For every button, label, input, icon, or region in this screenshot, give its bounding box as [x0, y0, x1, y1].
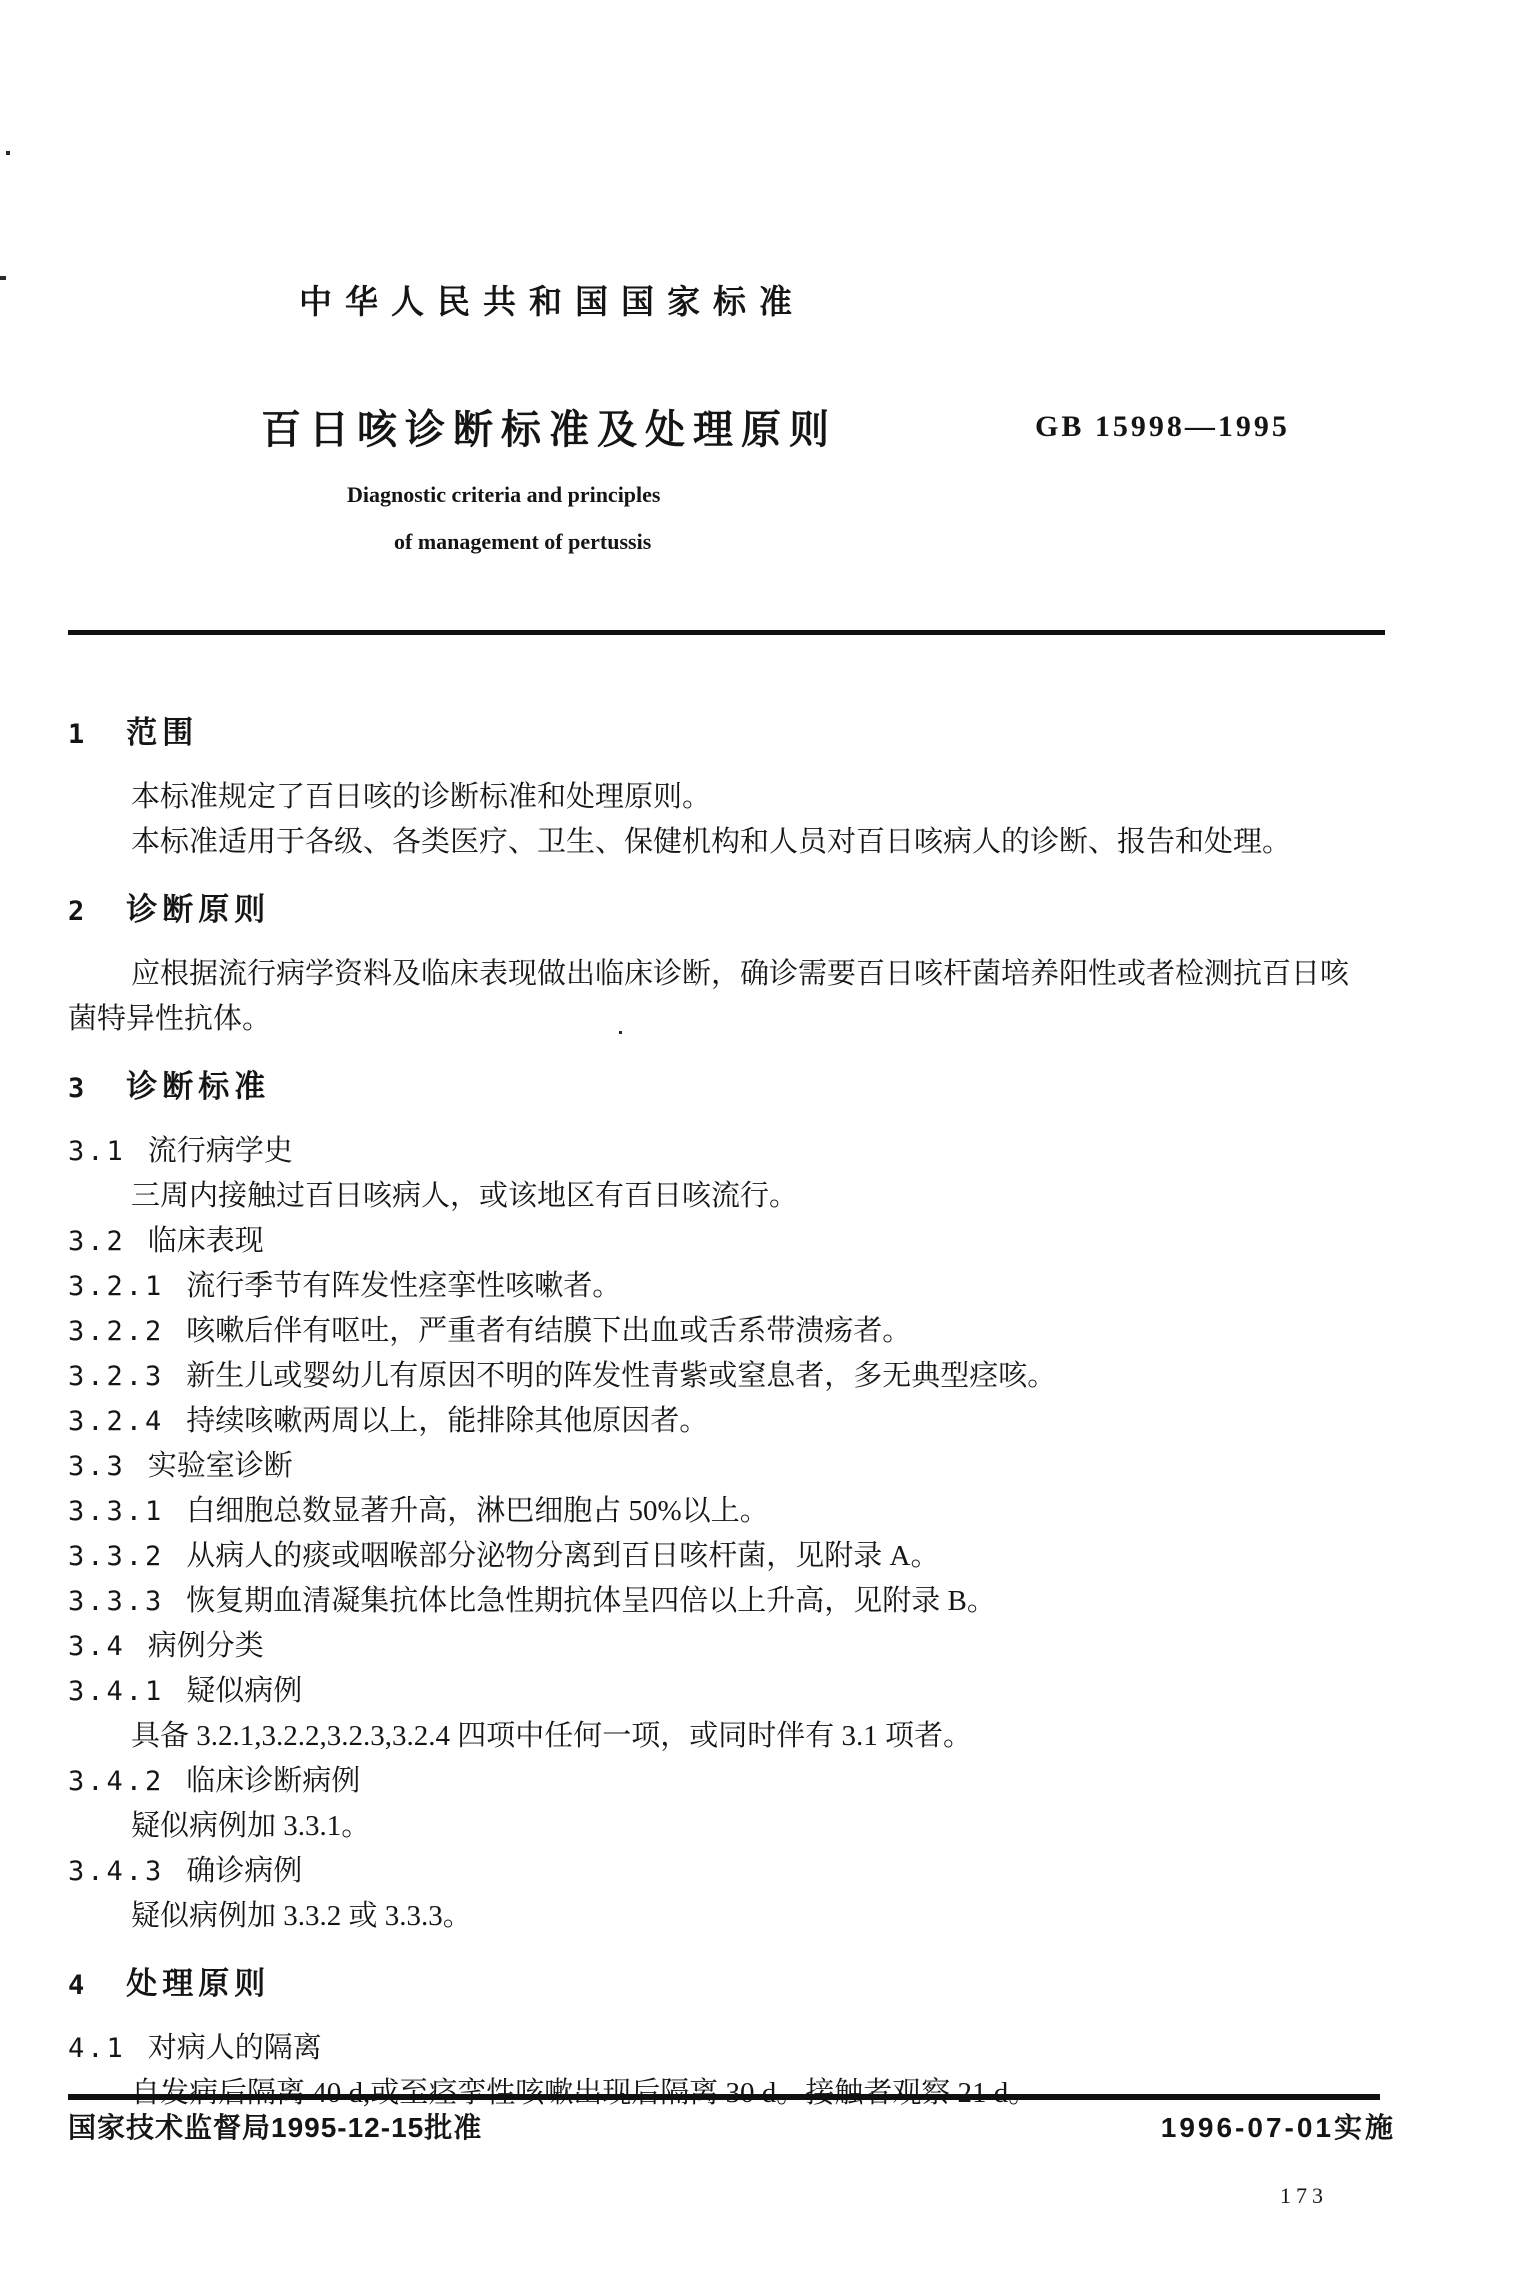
line-text: 新生儿或婴幼儿有原因不明的阵发性青紫或窒息者，多无典型痉咳。	[186, 1360, 1056, 1392]
clause-number: 3.2.2	[68, 1309, 164, 1354]
paragraph-line: 本标准适用于各级、各类医疗、卫生、保健机构和人员对百日咳病人的诊断、报告和处理。	[68, 820, 1498, 865]
line-text: 应根据流行病学资料及临床表现做出临床诊断，确诊需要百日咳杆菌培养阳性或者检测抗百…	[131, 958, 1349, 990]
footer-divider-rule	[68, 2094, 1380, 2100]
line-text: 从病人的痰或咽喉部分泌物分离到百日咳杆菌，见附录 A。	[186, 1540, 939, 1572]
clause-number: 3.3	[68, 1444, 126, 1489]
scan-speck	[0, 276, 6, 280]
clause-number: 3.3.2	[68, 1534, 164, 1579]
line-text: 咳嗽后伴有呕吐，严重者有结膜下出血或舌系带溃疡者。	[186, 1315, 911, 1347]
chapter-heading: 2诊断原则	[68, 887, 1498, 932]
line-text: 流行季节有阵发性痉挛性咳嗽者。	[186, 1270, 621, 1302]
standard-title-english-line2: of management of pertussis	[394, 529, 651, 555]
clause-number: 3.1	[68, 1129, 126, 1174]
chapter-heading: 1范围	[68, 710, 1498, 755]
clause-heading: 3.2.4持续咳嗽两周以上，能排除其他原因者。	[68, 1399, 1498, 1444]
clause-heading: 3.4.3确诊病例	[68, 1849, 1498, 1894]
clause-number: 2	[68, 889, 84, 934]
paragraph-line: 疑似病例加 3.3.2 或 3.3.3。	[68, 1894, 1498, 1939]
clause-number: 3.4.1	[68, 1669, 164, 1714]
clause-number: 3.3.3	[68, 1579, 164, 1624]
clause-number: 3.2.4	[68, 1399, 164, 1444]
clause-heading: 3.4病例分类	[68, 1624, 1498, 1669]
line-text: 病例分类	[148, 1630, 264, 1662]
clause-heading: 3.2.3新生儿或婴幼儿有原因不明的阵发性青紫或窒息者，多无典型痉咳。	[68, 1354, 1498, 1399]
line-text: 范围	[126, 715, 198, 750]
clause-heading: 4.1对病人的隔离	[68, 2026, 1498, 2071]
line-text: 菌特异性抗体。	[68, 1003, 271, 1035]
line-text: 白细胞总数显著升高，淋巴细胞占 50%以上。	[186, 1495, 768, 1527]
clause-heading: 3.3.1白细胞总数显著升高，淋巴细胞占 50%以上。	[68, 1489, 1498, 1534]
line-text: 临床表现	[148, 1225, 264, 1257]
standard-title-english-line1: Diagnostic criteria and principles	[347, 482, 660, 508]
clause-heading: 3.3实验室诊断	[68, 1444, 1498, 1489]
line-text: 确诊病例	[186, 1855, 302, 1887]
line-text: 三周内接触过百日咳病人，或该地区有百日咳流行。	[131, 1180, 798, 1212]
national-standard-label: 中华人民共和国国家标准	[299, 276, 805, 323]
line-text: 恢复期血清凝集抗体比急性期抗体呈四倍以上升高，见附录 B。	[186, 1585, 996, 1617]
clause-number: 3.2.1	[68, 1264, 164, 1309]
clause-number: 3.4	[68, 1624, 126, 1669]
paragraph-line: 应根据流行病学资料及临床表现做出临床诊断，确诊需要百日咳杆菌培养阳性或者检测抗百…	[68, 952, 1498, 997]
line-text: 本标准适用于各级、各类医疗、卫生、保健机构和人员对百日咳病人的诊断、报告和处理。	[131, 826, 1291, 858]
line-text: 具备 3.2.1,3.2.2,3.2.3,3.2.4 四项中任何一项，或同时伴有…	[131, 1720, 972, 1752]
line-text: 实验室诊断	[148, 1450, 293, 1482]
clause-number: 3.4.2	[68, 1759, 164, 1804]
header-divider-rule	[68, 630, 1385, 635]
paragraph-line: 三周内接触过百日咳病人，或该地区有百日咳流行。	[68, 1174, 1498, 1219]
standard-title-chinese: 百日咳诊断标准及处理原则	[261, 398, 837, 455]
line-text: 临床诊断病例	[186, 1765, 360, 1797]
footer: 国家技术监督局1995-12-15批准 1996-07-01实施	[68, 2106, 1396, 2146]
line-text: 疑似病例加 3.3.1。	[131, 1810, 370, 1842]
chapter-heading: 4处理原则	[68, 1961, 1498, 2006]
clause-heading: 3.3.3恢复期血清凝集抗体比急性期抗体呈四倍以上升高，见附录 B。	[68, 1579, 1498, 1624]
line-text: 自发病后隔离 40 d,或至痉挛性咳嗽出现后隔离 30 d。接触者观察 21 d…	[131, 2077, 1037, 2109]
clause-heading: 3.3.2从病人的痰或咽喉部分泌物分离到百日咳杆菌，见附录 A。	[68, 1534, 1498, 1579]
page-number: 173	[1280, 2183, 1328, 2209]
line-text: 诊断标准	[126, 1069, 270, 1104]
clause-number: 4	[68, 1963, 84, 2008]
line-text: 疑似病例加 3.3.2 或 3.3.3。	[131, 1900, 472, 1932]
line-text: 对病人的隔离	[148, 2032, 322, 2064]
line-text: 持续咳嗽两周以上，能排除其他原因者。	[186, 1405, 708, 1437]
line-text: 本标准规定了百日咳的诊断标准和处理原则。	[131, 781, 711, 813]
document-body: 1范围本标准规定了百日咳的诊断标准和处理原则。本标准适用于各级、各类医疗、卫生、…	[68, 688, 1498, 2116]
line-text: 处理原则	[126, 1966, 270, 2001]
clause-number: 3.2.3	[68, 1354, 164, 1399]
clause-heading: 3.4.1疑似病例	[68, 1669, 1498, 1714]
scan-speck	[6, 151, 10, 155]
clause-heading: 3.2.1流行季节有阵发性痉挛性咳嗽者。	[68, 1264, 1498, 1309]
standard-code: GB 15998—1995	[1035, 410, 1290, 444]
paragraph-line: 本标准规定了百日咳的诊断标准和处理原则。	[68, 775, 1498, 820]
clause-heading: 3.4.2临床诊断病例	[68, 1759, 1498, 1804]
clause-number: 3.2	[68, 1219, 126, 1264]
clause-number: 1	[68, 712, 84, 757]
clause-number: 3.4.3	[68, 1849, 164, 1894]
line-text: 疑似病例	[186, 1675, 302, 1707]
clause-heading: 3.1流行病学史	[68, 1129, 1498, 1174]
line-text: 诊断原则	[126, 892, 270, 927]
chapter-heading: 3诊断标准	[68, 1064, 1498, 1109]
clause-number: 3.3.1	[68, 1489, 164, 1534]
paragraph-line: 具备 3.2.1,3.2.2,3.2.3,3.2.4 四项中任何一项，或同时伴有…	[68, 1714, 1498, 1759]
clause-heading: 3.2临床表现	[68, 1219, 1498, 1264]
document-page: 中华人民共和国国家标准 百日咳诊断标准及处理原则 GB 15998—1995 D…	[0, 0, 1536, 2285]
clause-heading: 3.2.2咳嗽后伴有呕吐，严重者有结膜下出血或舌系带溃疡者。	[68, 1309, 1498, 1354]
clause-number: 3	[68, 1066, 84, 1111]
line-text: 流行病学史	[148, 1135, 293, 1167]
implementation-date: 1996-07-01实施	[1161, 2106, 1396, 2146]
paragraph-line: 菌特异性抗体。	[68, 997, 1498, 1042]
approval-statement: 国家技术监督局1995-12-15批准	[68, 2106, 482, 2146]
clause-number: 4.1	[68, 2026, 126, 2071]
paragraph-line: 疑似病例加 3.3.1。	[68, 1804, 1498, 1849]
